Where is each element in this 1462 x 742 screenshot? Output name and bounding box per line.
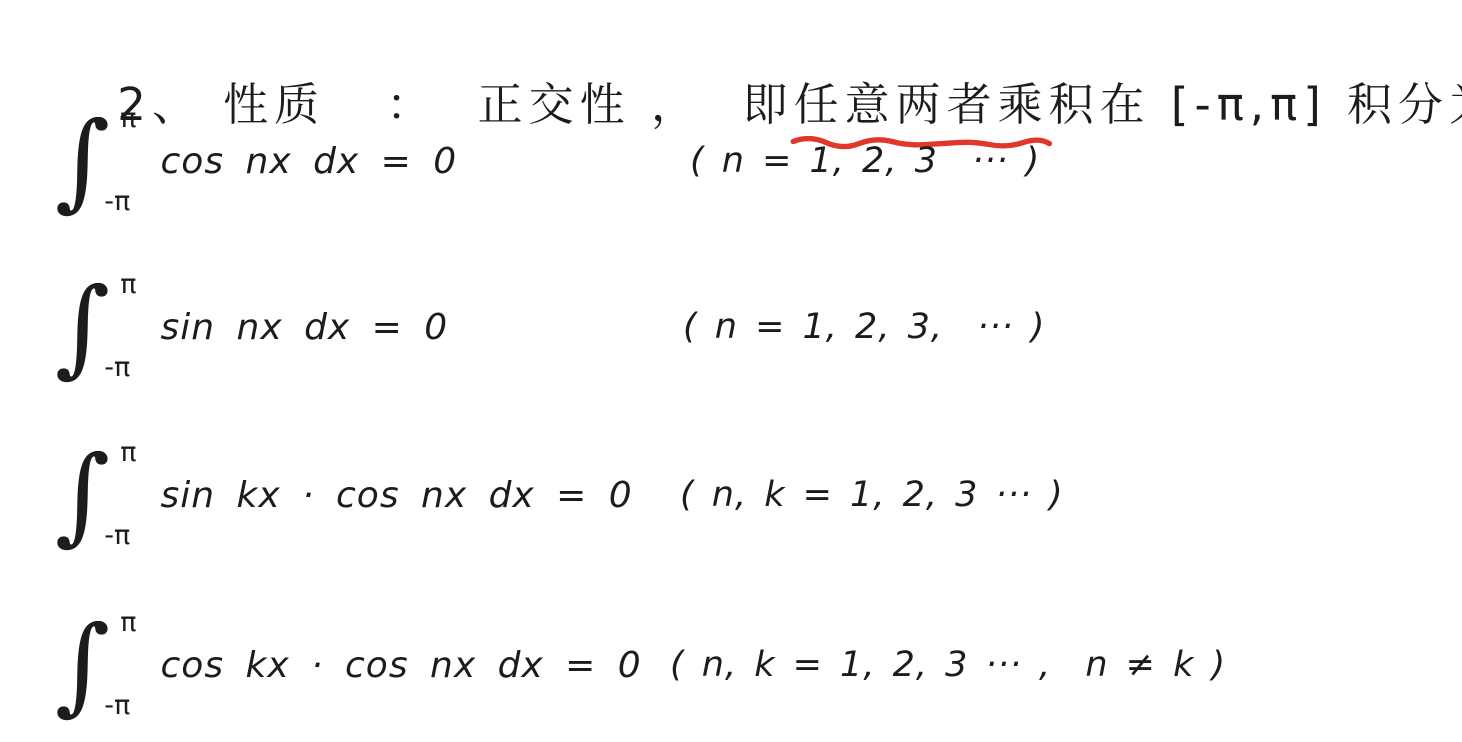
equation-row-2: ∫ π -π sin nx dx = 0 ( n = 1, 2, 3, ··· … <box>55 262 1462 392</box>
integral-lower-limit: -π <box>104 690 136 721</box>
integral-lower-limit: -π <box>104 520 136 551</box>
integral-upper-limit: π <box>120 269 136 300</box>
integral-symbol: ∫ <box>55 442 110 548</box>
integral-expression-3: ∫ π -π sin kx · cos nx dx = 0 <box>55 435 633 555</box>
equation-body: cos kx · cos nx dx = 0 <box>161 645 642 686</box>
equation-condition: ( n, k = 1, 2, 3 ··· ) <box>680 475 1064 515</box>
integral-expression-1: ∫ π -π cos nx dx = 0 <box>55 101 457 221</box>
equation-row-4: ∫ π -π cos kx · cos nx dx = 0 ( n, k = 1… <box>55 600 1462 730</box>
integral-upper-limit: π <box>120 437 136 468</box>
equation-body: cos nx dx = 0 <box>161 141 458 182</box>
integral-expression-2: ∫ π -π sin nx dx = 0 <box>55 267 448 387</box>
integral-limits: π -π <box>110 267 136 387</box>
integral-limits: π -π <box>110 435 136 555</box>
equation-body: sin nx dx = 0 <box>161 307 449 348</box>
integral-upper-limit: π <box>120 103 136 134</box>
integral-lower-limit: -π <box>104 186 136 217</box>
integral-symbol: ∫ <box>55 274 110 380</box>
integral-upper-limit: π <box>120 607 136 638</box>
equation-condition: ( n, k = 1, 2, 3 ··· , n ≠ k ) <box>670 645 1226 685</box>
integral-limits: π -π <box>110 605 136 725</box>
equation-row-1: ∫ π -π cos nx dx = 0 ( n = 1, 2, 3 ··· ) <box>55 96 1462 226</box>
integral-symbol: ∫ <box>55 612 110 718</box>
integral-lower-limit: -π <box>104 352 136 383</box>
equation-row-3: ∫ π -π sin kx · cos nx dx = 0 ( n, k = 1… <box>55 430 1462 560</box>
integral-expression-4: ∫ π -π cos kx · cos nx dx = 0 <box>55 605 642 725</box>
equation-body: sin kx · cos nx dx = 0 <box>161 475 633 516</box>
equation-condition: ( n = 1, 2, 3, ··· ) <box>683 307 1045 347</box>
handwritten-note-page: 2、 性质 ： 正交性 ， 即任意两者乘积在 [-π,π] 积分为 0 . ∫ … <box>0 0 1462 742</box>
equation-condition: ( n = 1, 2, 3 ··· ) <box>690 141 1040 181</box>
integral-limits: π -π <box>110 101 136 221</box>
integral-symbol: ∫ <box>55 108 110 214</box>
